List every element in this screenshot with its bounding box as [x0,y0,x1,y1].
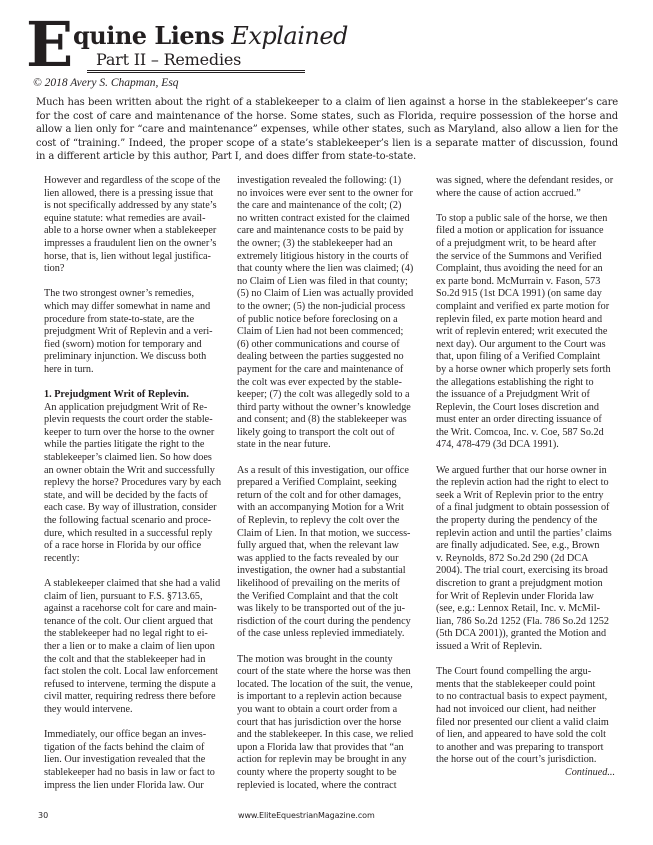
paragraph: was signed, where the defendant resides,… [436,175,621,200]
paragraph: Immediately, our office began an inves- … [44,729,224,792]
copyright-byline: © 2018 Avery S. Chapman, Esq [33,76,179,90]
title-double-rule [87,70,305,73]
title-main: quine Liens [73,21,224,50]
column-1: However and regardless of the scope of t… [44,175,224,805]
paragraph: The Court found compelling the argu- men… [436,666,621,767]
paragraph: As a result of this investigation, our o… [237,465,417,641]
intro-paragraph: Much has been written about the right of… [36,96,618,164]
section-heading: 1. Prejudgment Writ of Replevin. [44,389,224,402]
article-header: E quine Liens Explained Part II – Remedi… [26,18,286,76]
paragraph: A stablekeeper claimed that she had a va… [44,578,224,717]
magazine-page: E quine Liens Explained Part II – Remedi… [0,0,653,845]
paragraph: We argued further that our horse owner i… [436,465,621,654]
article-subtitle: Part II – Remedies [96,51,241,69]
paragraph: To stop a public sale of the horse, we t… [436,213,621,452]
title-italic: Explained [231,22,348,50]
page-number: 30 [38,811,48,820]
column-3: was signed, where the defendant resides,… [436,175,621,792]
paragraph: investigation revealed the following: (1… [237,175,417,452]
paragraph: An application prejudgment Writ of Re- p… [44,402,224,566]
article-title: quine Liens Explained [73,23,348,49]
magazine-url: www.EliteEquestrianMagazine.com [238,811,375,820]
title-dropcap: E [26,14,73,76]
continued-note: Continued... [436,767,615,780]
column-2: investigation revealed the following: (1… [237,175,417,805]
paragraph: The motion was brought in the county cou… [237,654,417,793]
paragraph: However and regardless of the scope of t… [44,175,224,276]
paragraph: The two strongest owner’s remedies, whic… [44,288,224,376]
